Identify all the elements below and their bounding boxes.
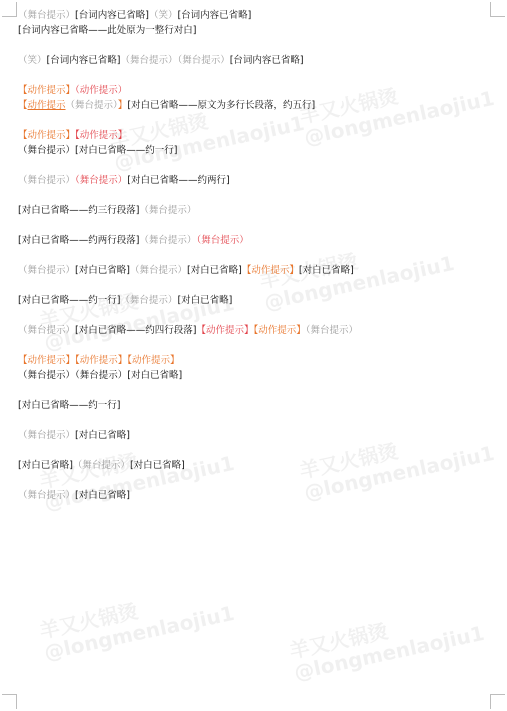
script-paragraph: （舞台提示）[对白已省略]（舞台提示）[对白已省略]【动作提示】[对白已省略] xyxy=(18,263,489,278)
script-paragraph: 【动作提示】（动作提示）【动作提示（舞台提示）】[对白已省略——原文为多行长段落… xyxy=(18,83,489,113)
dialogue-text: [对白已省略] xyxy=(75,490,130,501)
stage-direction: （笑） xyxy=(149,10,178,21)
action-tag: 【动作提示】 xyxy=(242,265,299,276)
script-paragraph: [对白已省略——约一行] xyxy=(18,398,489,413)
dialogue-text: [对白已省略] xyxy=(75,430,130,441)
script-paragraph: （舞台提示）（舞台提示）[对白已省略——约两行] xyxy=(18,173,489,188)
dialogue-text: [对白已省略——约一行] xyxy=(18,400,120,411)
watermark-handle: @longmenlaojiu1 xyxy=(292,622,486,684)
action-tag: 【动作提示】 xyxy=(253,325,305,336)
script-paragraph: 【动作提示】【动作提示】（舞台提示）[对白已省略——约一行] xyxy=(18,128,489,158)
script-paragraph: （舞台提示）[台词内容已省略]（笑）[台词内容已省略][台词内容已省略——此处原… xyxy=(18,8,489,38)
crop-mark-bottom-right xyxy=(490,694,505,709)
dialogue-text: [台词内容已省略] xyxy=(47,55,121,66)
watermark: 羊又火锅烫@longmenlaojiu1 xyxy=(38,580,237,663)
action-tag: 【动作提示】【动作提示】【动作提示】 xyxy=(18,355,180,366)
stage-direction: （舞台提示） xyxy=(306,325,358,336)
stage-direction: （舞台提示） xyxy=(18,175,75,186)
script-paragraph: （舞台提示）[对白已省略] xyxy=(18,428,489,443)
stage-direction: （舞台提示） xyxy=(18,10,75,21)
script-paragraph: （笑）[台词内容已省略]（舞台提示）（舞台提示）[台词内容已省略] xyxy=(18,53,489,68)
stage-direction: （舞台提示） xyxy=(139,205,196,216)
script-paragraph: [对白已省略]（舞台提示）[对白已省略] xyxy=(18,458,489,473)
script-paragraph: （舞台提示）[对白已省略] xyxy=(18,488,489,503)
dialogue-text: （舞台提示）[对白已省略——约一行] xyxy=(18,145,177,156)
stage-direction: （舞台提示） xyxy=(18,325,75,336)
script-paragraph: 【动作提示】【动作提示】【动作提示】（舞台提示）（舞台提示）[对白已省略] xyxy=(18,353,489,383)
action-tag-red: 【动作提示】 xyxy=(196,325,253,336)
action-tag-red: （动作提示） xyxy=(75,85,127,96)
stage-direction: （舞台提示） xyxy=(73,460,130,471)
action-tag-red: （舞台提示） xyxy=(196,235,248,246)
dialogue-text: [对白已省略——约两行段落] xyxy=(18,235,139,246)
stage-direction: （舞台提示） xyxy=(18,265,75,276)
script-paragraph: [对白已省略——约两行段落]（舞台提示）（舞台提示） xyxy=(18,233,489,248)
dialogue-text: [对白已省略] xyxy=(75,265,130,276)
action-tag-red: （舞台提示） xyxy=(75,175,127,186)
dialogue-text: [对白已省略——约四行段落] xyxy=(75,325,196,336)
watermark-handle: @longmenlaojiu1 xyxy=(42,602,236,664)
action-tag: 【动作提示】 xyxy=(18,130,75,141)
script-paragraph: [对白已省略——约三行段落]（舞台提示） xyxy=(18,203,489,218)
crop-mark-top-right xyxy=(490,2,505,17)
crop-mark-top-left xyxy=(2,2,17,17)
dialogue-text: [台词内容已省略] xyxy=(230,55,304,66)
stage-direction: （舞台提示） xyxy=(120,295,177,306)
stage-direction: （舞台提示） xyxy=(18,430,75,441)
watermark-line: 羊又火锅烫 xyxy=(288,600,482,662)
dialogue-text: [对白已省略] xyxy=(187,265,242,276)
document-body: （舞台提示）[台词内容已省略]（笑）[台词内容已省略][台词内容已省略——此处原… xyxy=(18,8,489,518)
watermark-line: 羊又火锅烫 xyxy=(38,580,232,642)
stage-direction: （舞台提示） xyxy=(130,265,187,276)
stage-direction: （舞台提示） xyxy=(66,100,118,111)
dialogue-text: [对白已省略——约两行] xyxy=(127,175,229,186)
watermark: 羊又火锅烫@longmenlaojiu1 xyxy=(288,600,487,683)
action-tag-highlight: 动作提示 xyxy=(28,100,66,111)
action-tag: 【动作提示】 xyxy=(18,85,75,96)
dialogue-text: [对白已省略——原文为多行长段落，约五行] xyxy=(127,100,315,111)
dialogue-text: [对白已省略] xyxy=(299,265,354,276)
dialogue-text: [对白已省略] xyxy=(177,295,232,306)
dialogue-text: [台词内容已省略] xyxy=(75,10,149,21)
dialogue-text: [对白已省略——约一行] xyxy=(18,295,120,306)
stage-direction: （舞台提示）（舞台提示） xyxy=(120,55,229,66)
action-tag: 【 xyxy=(18,100,28,111)
action-tag-red: 【动作提示】 xyxy=(75,130,127,141)
stage-direction: （舞台提示） xyxy=(18,490,75,501)
script-paragraph: [对白已省略——约一行]（舞台提示）[对白已省略] xyxy=(18,293,489,308)
document-page: 羊又火锅烫@longmenlaojiu1羊又火锅烫@longmenlaojiu1… xyxy=(0,0,507,711)
action-tag: 】 xyxy=(118,100,128,111)
dialogue-text: [对白已省略——约三行段落] xyxy=(18,205,139,216)
dialogue-text: [对白已省略] xyxy=(130,460,185,471)
script-paragraph: （舞台提示）[对白已省略——约四行段落]【动作提示】【动作提示】（舞台提示） xyxy=(18,323,489,338)
stage-direction: （舞台提示） xyxy=(139,235,196,246)
dialogue-text: （舞台提示）（舞台提示）[对白已省略] xyxy=(18,370,182,381)
dialogue-text: [对白已省略] xyxy=(18,460,73,471)
crop-mark-bottom-left xyxy=(2,694,17,709)
dialogue-text: [台词内容已省略——此处原为一整行对白] xyxy=(18,25,196,36)
stage-direction: （笑） xyxy=(18,55,47,66)
dialogue-text: [台词内容已省略] xyxy=(177,10,251,21)
